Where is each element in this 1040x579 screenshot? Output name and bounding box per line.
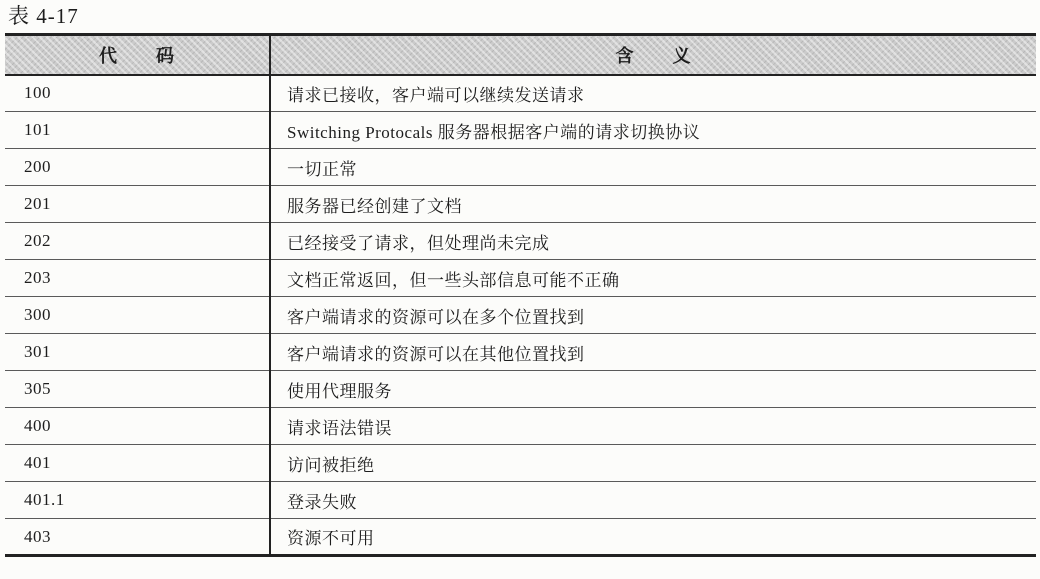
table-row: 305 使用代理服务 bbox=[5, 371, 1036, 408]
table-row: 203 文档正常返回，但一些头部信息可能不正确 bbox=[5, 260, 1036, 297]
table-row: 300 客户端请求的资源可以在多个位置找到 bbox=[5, 297, 1036, 334]
table-row: 400 请求语法错误 bbox=[5, 408, 1036, 445]
code-cell: 201 bbox=[5, 186, 270, 223]
code-cell: 200 bbox=[5, 149, 270, 186]
table-row: 200 一切正常 bbox=[5, 149, 1036, 186]
meaning-cell: 登录失败 bbox=[270, 482, 1036, 519]
meaning-cell: Switching Protocals 服务器根据客户端的请求切换协议 bbox=[270, 112, 1036, 149]
code-cell: 203 bbox=[5, 260, 270, 297]
table-row: 403 资源不可用 bbox=[5, 519, 1036, 556]
table-caption: 表 4-17 bbox=[8, 4, 1040, 29]
table-row: 101 Switching Protocals 服务器根据客户端的请求切换协议 bbox=[5, 112, 1036, 149]
scanned-page: { "caption": "表 4-17", "colors": { "page… bbox=[0, 0, 1040, 579]
status-code-table: 代 码 含 义 100 请求已接收，客户端可以继续发送请求 101 Switch… bbox=[5, 33, 1036, 557]
meaning-cell: 请求已接收，客户端可以继续发送请求 bbox=[270, 75, 1036, 112]
table-body: 100 请求已接收，客户端可以继续发送请求 101 Switching Prot… bbox=[5, 75, 1036, 556]
table-row: 201 服务器已经创建了文档 bbox=[5, 186, 1036, 223]
code-cell: 101 bbox=[5, 112, 270, 149]
meaning-cell: 访问被拒绝 bbox=[270, 445, 1036, 482]
code-cell: 400 bbox=[5, 408, 270, 445]
table-row: 301 客户端请求的资源可以在其他位置找到 bbox=[5, 334, 1036, 371]
code-cell: 305 bbox=[5, 371, 270, 408]
meaning-cell: 一切正常 bbox=[270, 149, 1036, 186]
meaning-cell: 客户端请求的资源可以在多个位置找到 bbox=[270, 297, 1036, 334]
page-content: 表 4-17 代 码 含 义 100 请求已接收，客户端可以继续发送请求 101… bbox=[0, 0, 1040, 557]
meaning-cell: 文档正常返回，但一些头部信息可能不正确 bbox=[270, 260, 1036, 297]
meaning-cell: 已经接受了请求，但处理尚未完成 bbox=[270, 223, 1036, 260]
code-cell: 301 bbox=[5, 334, 270, 371]
header-row: 代 码 含 义 bbox=[5, 35, 1036, 75]
table-row: 100 请求已接收，客户端可以继续发送请求 bbox=[5, 75, 1036, 112]
meaning-cell: 资源不可用 bbox=[270, 519, 1036, 556]
header-meaning: 含 义 bbox=[270, 35, 1036, 75]
meaning-cell: 请求语法错误 bbox=[270, 408, 1036, 445]
table-row: 401.1 登录失败 bbox=[5, 482, 1036, 519]
meaning-cell: 使用代理服务 bbox=[270, 371, 1036, 408]
code-cell: 401.1 bbox=[5, 482, 270, 519]
meaning-cell: 服务器已经创建了文档 bbox=[270, 186, 1036, 223]
code-cell: 403 bbox=[5, 519, 270, 556]
code-cell: 300 bbox=[5, 297, 270, 334]
header-code: 代 码 bbox=[5, 35, 270, 75]
table-row: 202 已经接受了请求，但处理尚未完成 bbox=[5, 223, 1036, 260]
meaning-cell: 客户端请求的资源可以在其他位置找到 bbox=[270, 334, 1036, 371]
table-row: 401 访问被拒绝 bbox=[5, 445, 1036, 482]
table-header: 代 码 含 义 bbox=[5, 35, 1036, 75]
code-cell: 100 bbox=[5, 75, 270, 112]
code-cell: 202 bbox=[5, 223, 270, 260]
code-cell: 401 bbox=[5, 445, 270, 482]
